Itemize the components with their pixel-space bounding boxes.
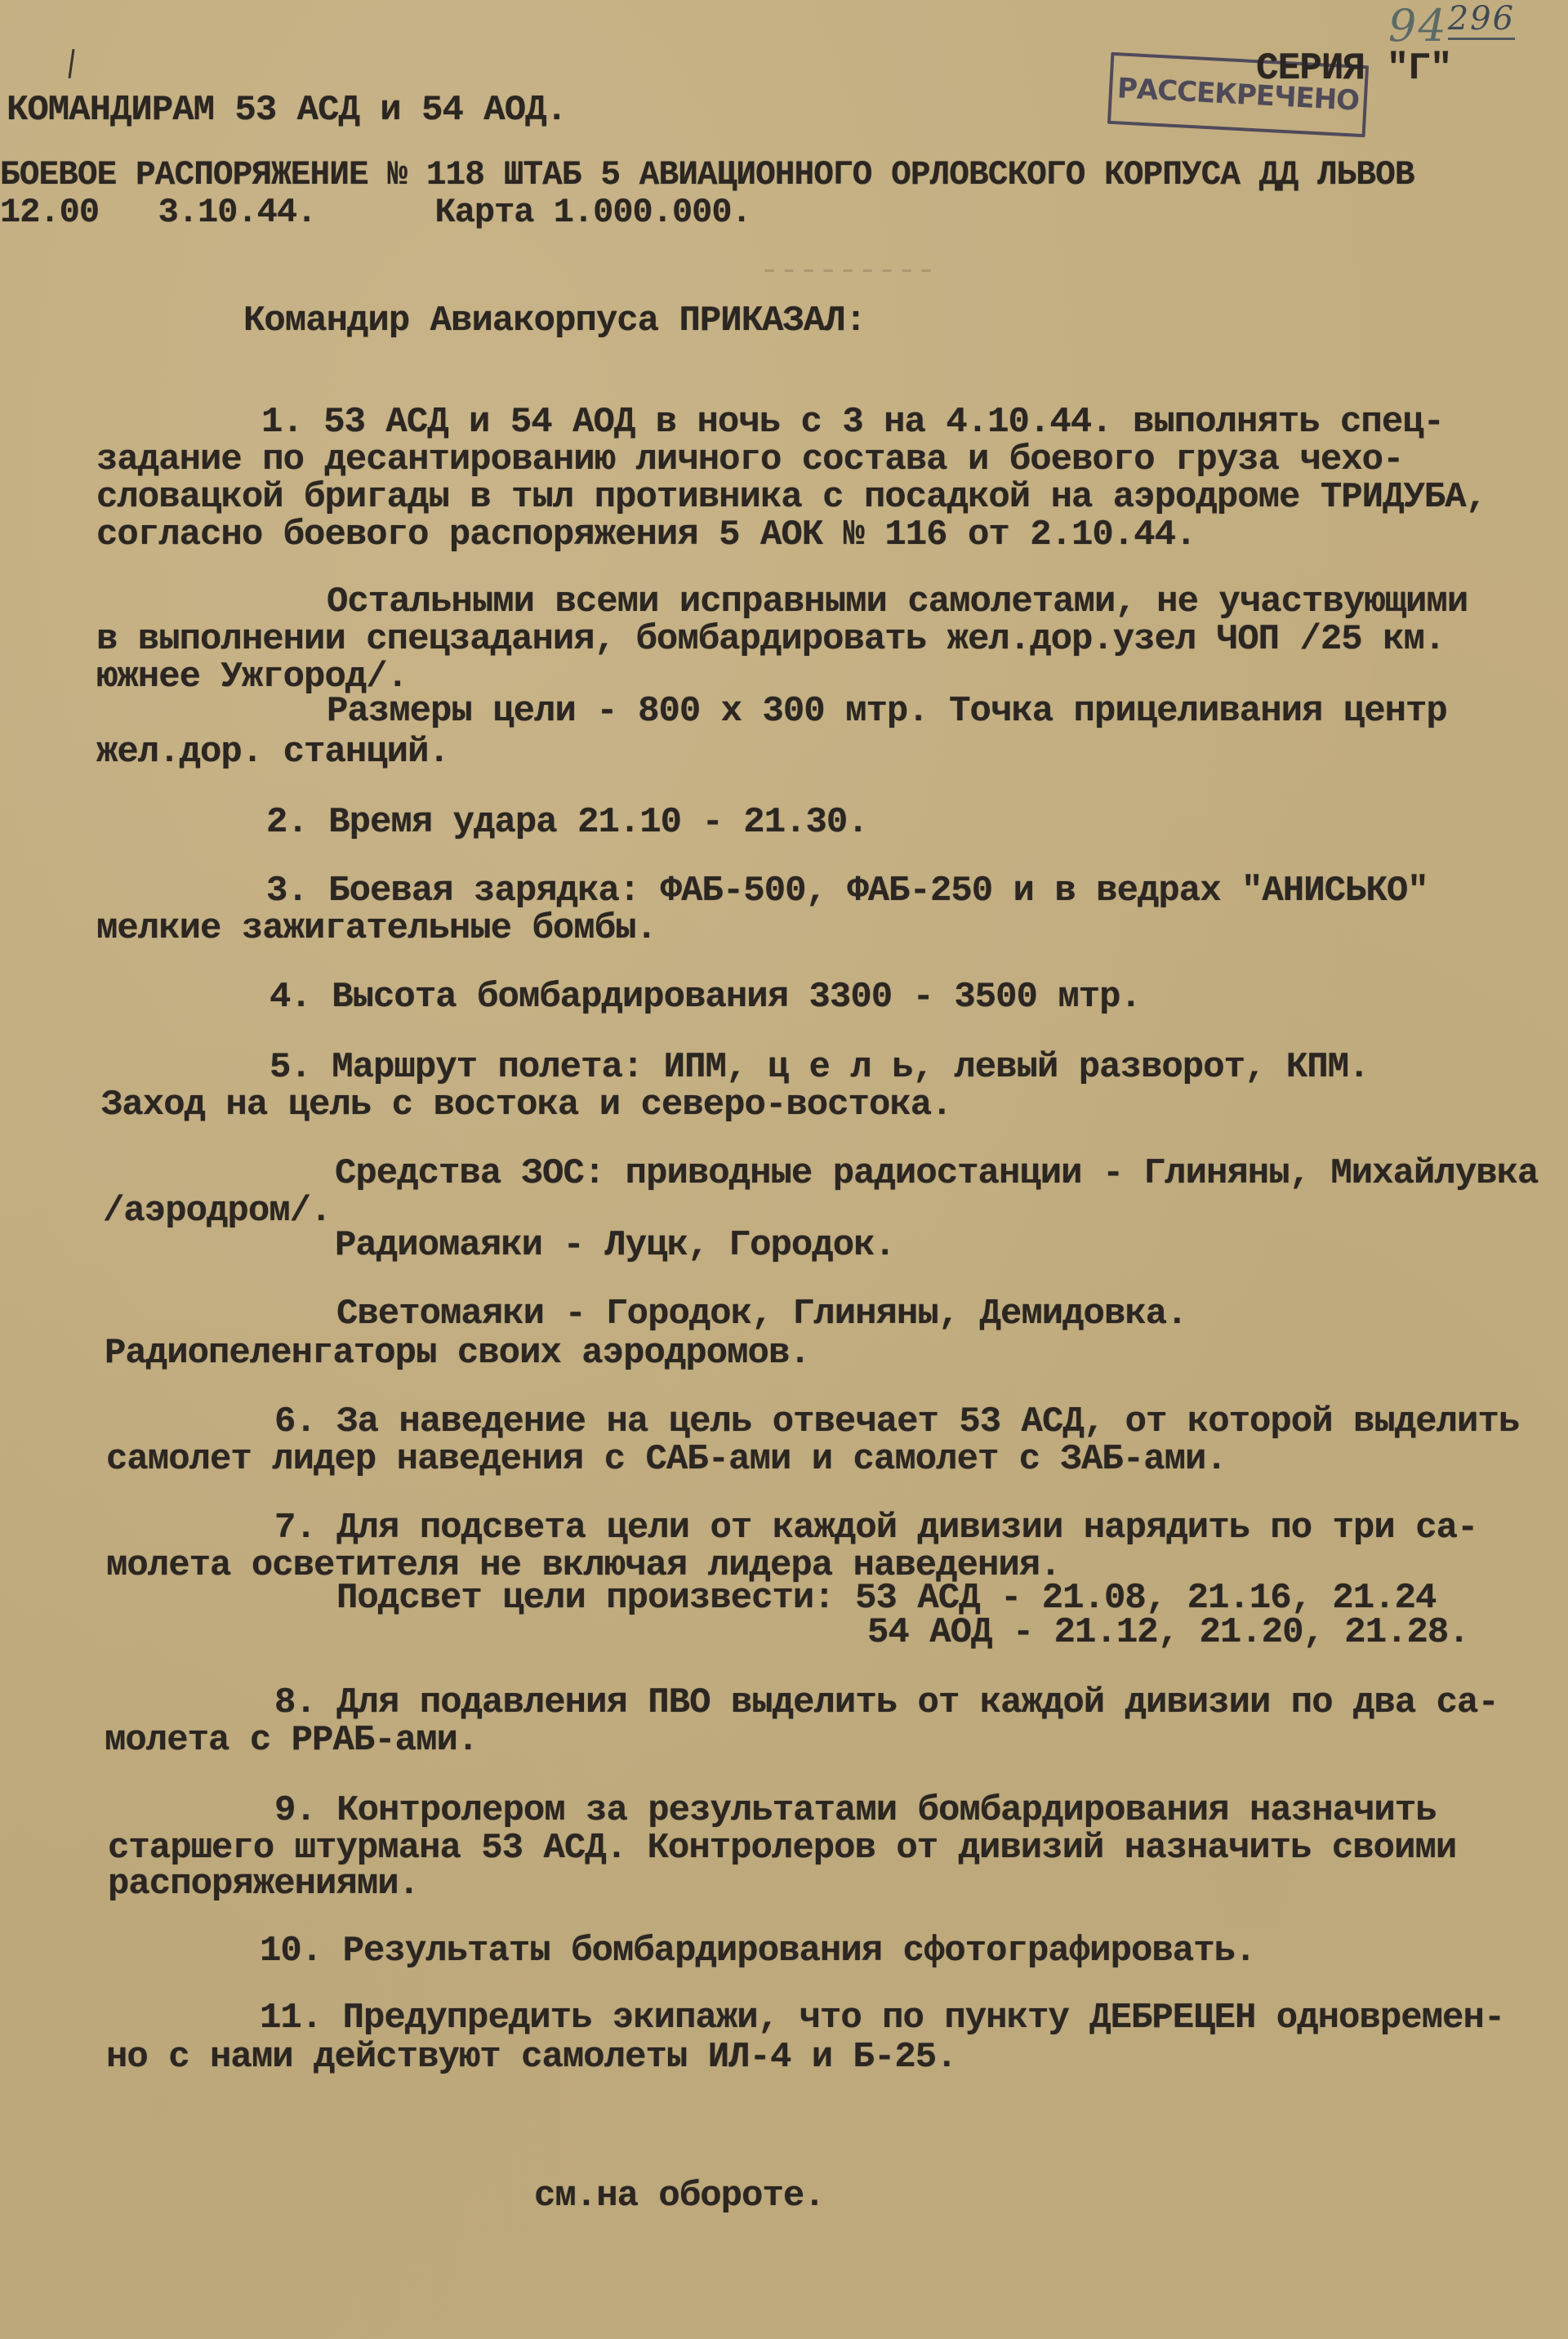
- navaids-line-2: /аэродром/.: [103, 1191, 331, 1232]
- paragraph-5-line-2: Заход на цель с востока и северо-востока…: [101, 1085, 952, 1125]
- header-line-1: БОЕВОЕ РАСПОРЯЖЕНИЕ № 118 ШТАБ 5 АВИАЦИО…: [0, 155, 1414, 194]
- paragraph-3-line-1: 3. Боевая зарядка: ФАБ-500, ФАБ-250 и в …: [266, 871, 1428, 911]
- paragraph-1-line-1: 1. 53 АСД и 54 АОД в ночь с 3 на 4.10.44…: [261, 402, 1444, 443]
- order-intro: Командир Авиакорпуса ПРИКАЗАЛ:: [243, 301, 866, 341]
- paragraph-6-line-2: самолет лидер наведения с САБ-ами и само…: [106, 1439, 1227, 1480]
- paragraph-9-line-1: 9. Контролером за результатами бомбардир…: [274, 1790, 1437, 1831]
- paragraph-1-line-4: согласно боевого распоряжения 5 АОК № 11…: [96, 515, 1196, 555]
- archive-page-number: 94296: [1388, 0, 1515, 51]
- see-reverse-note: см.на обороте.: [534, 2176, 825, 2216]
- bleed-through-text: ---------: [269, 253, 936, 290]
- paragraph-10: 10. Результаты бомбардирования сфотограф…: [260, 1931, 1255, 1971]
- navaids-line-3: Радиомаяки - Луцк, Городок.: [335, 1225, 895, 1266]
- paragraph-9-line-3: распоряжениями.: [108, 1864, 419, 1905]
- light-beacons-line-2: Радиопеленгаторы своих аэродромов.: [105, 1333, 810, 1374]
- paragraph-11-line-2: но с нами действуют самолеты ИЛ-4 и Б-25…: [106, 2037, 957, 2078]
- paragraph-7-line-4: 54 АОД - 21.12, 21.20, 21.28.: [867, 1612, 1469, 1653]
- archival-document-page: 94296 РАССЕКРЕЧЕНО СЕРИЯ "Г" КОМАНДИРАМ …: [0, 0, 1568, 2339]
- paragraph-5-line-1: 5. Маршрут полета: ИПМ, ц е л ь, левый р…: [269, 1047, 1369, 1088]
- paragraph-4: 4. Высота бомбардирования 3300 - 3500 мт…: [269, 977, 1141, 1018]
- margin-mark: [69, 49, 75, 78]
- archive-number-main: 94: [1388, 0, 1448, 51]
- header-line-2: 12.00 3.10.44. Карта 1.000.000.: [0, 193, 751, 232]
- paragraph-1-line-3: словацкой бригады в тыл противника с пос…: [96, 477, 1486, 518]
- addressee: КОМАНДИРАМ 53 АСД и 54 АОД.: [7, 90, 567, 131]
- paragraph-8-line-1: 8. Для подавления ПВО выделить от каждой…: [274, 1682, 1499, 1723]
- archive-number-sub: 296: [1448, 0, 1515, 40]
- paragraph-1b-line-2: в выполнении спецзадания, бомбардировать…: [96, 619, 1445, 660]
- paragraph-6-line-1: 6. За наведение на цель отвечает 53 АСД,…: [274, 1401, 1519, 1442]
- light-beacons-line-1: Светомаяки - Городок, Глиняны, Демидовка…: [336, 1294, 1187, 1334]
- paragraph-1b-line-4: Размеры цели - 800 х 300 мтр. Точка приц…: [327, 691, 1447, 732]
- paragraph-3-line-2: мелкие зажигательные бомбы.: [96, 908, 657, 949]
- paragraph-1-line-2: задание по десантированию личного состав…: [96, 439, 1403, 480]
- paragraph-1b-line-1: Остальными всеми исправными самолетами, …: [327, 581, 1468, 622]
- series-label: СЕРИЯ "Г": [1256, 47, 1451, 90]
- paragraph-11-line-1: 11. Предупредить экипажи, что по пункту …: [260, 1998, 1504, 2038]
- navaids-line-1: Средства ЗОС: приводные радиостанции - Г…: [335, 1153, 1538, 1194]
- paragraph-8-line-2: молета с РРАБ-ами.: [105, 1720, 478, 1761]
- paragraph-1b-line-5: жел.дор. станций.: [96, 732, 449, 773]
- paragraph-9-line-2: старшего штурмана 53 АСД. Контролеров от…: [108, 1828, 1456, 1869]
- paragraph-7-line-1: 7. Для подсвета цели от каждой дивизии н…: [274, 1508, 1477, 1548]
- paragraph-2: 2. Время удара 21.10 - 21.30.: [266, 802, 868, 843]
